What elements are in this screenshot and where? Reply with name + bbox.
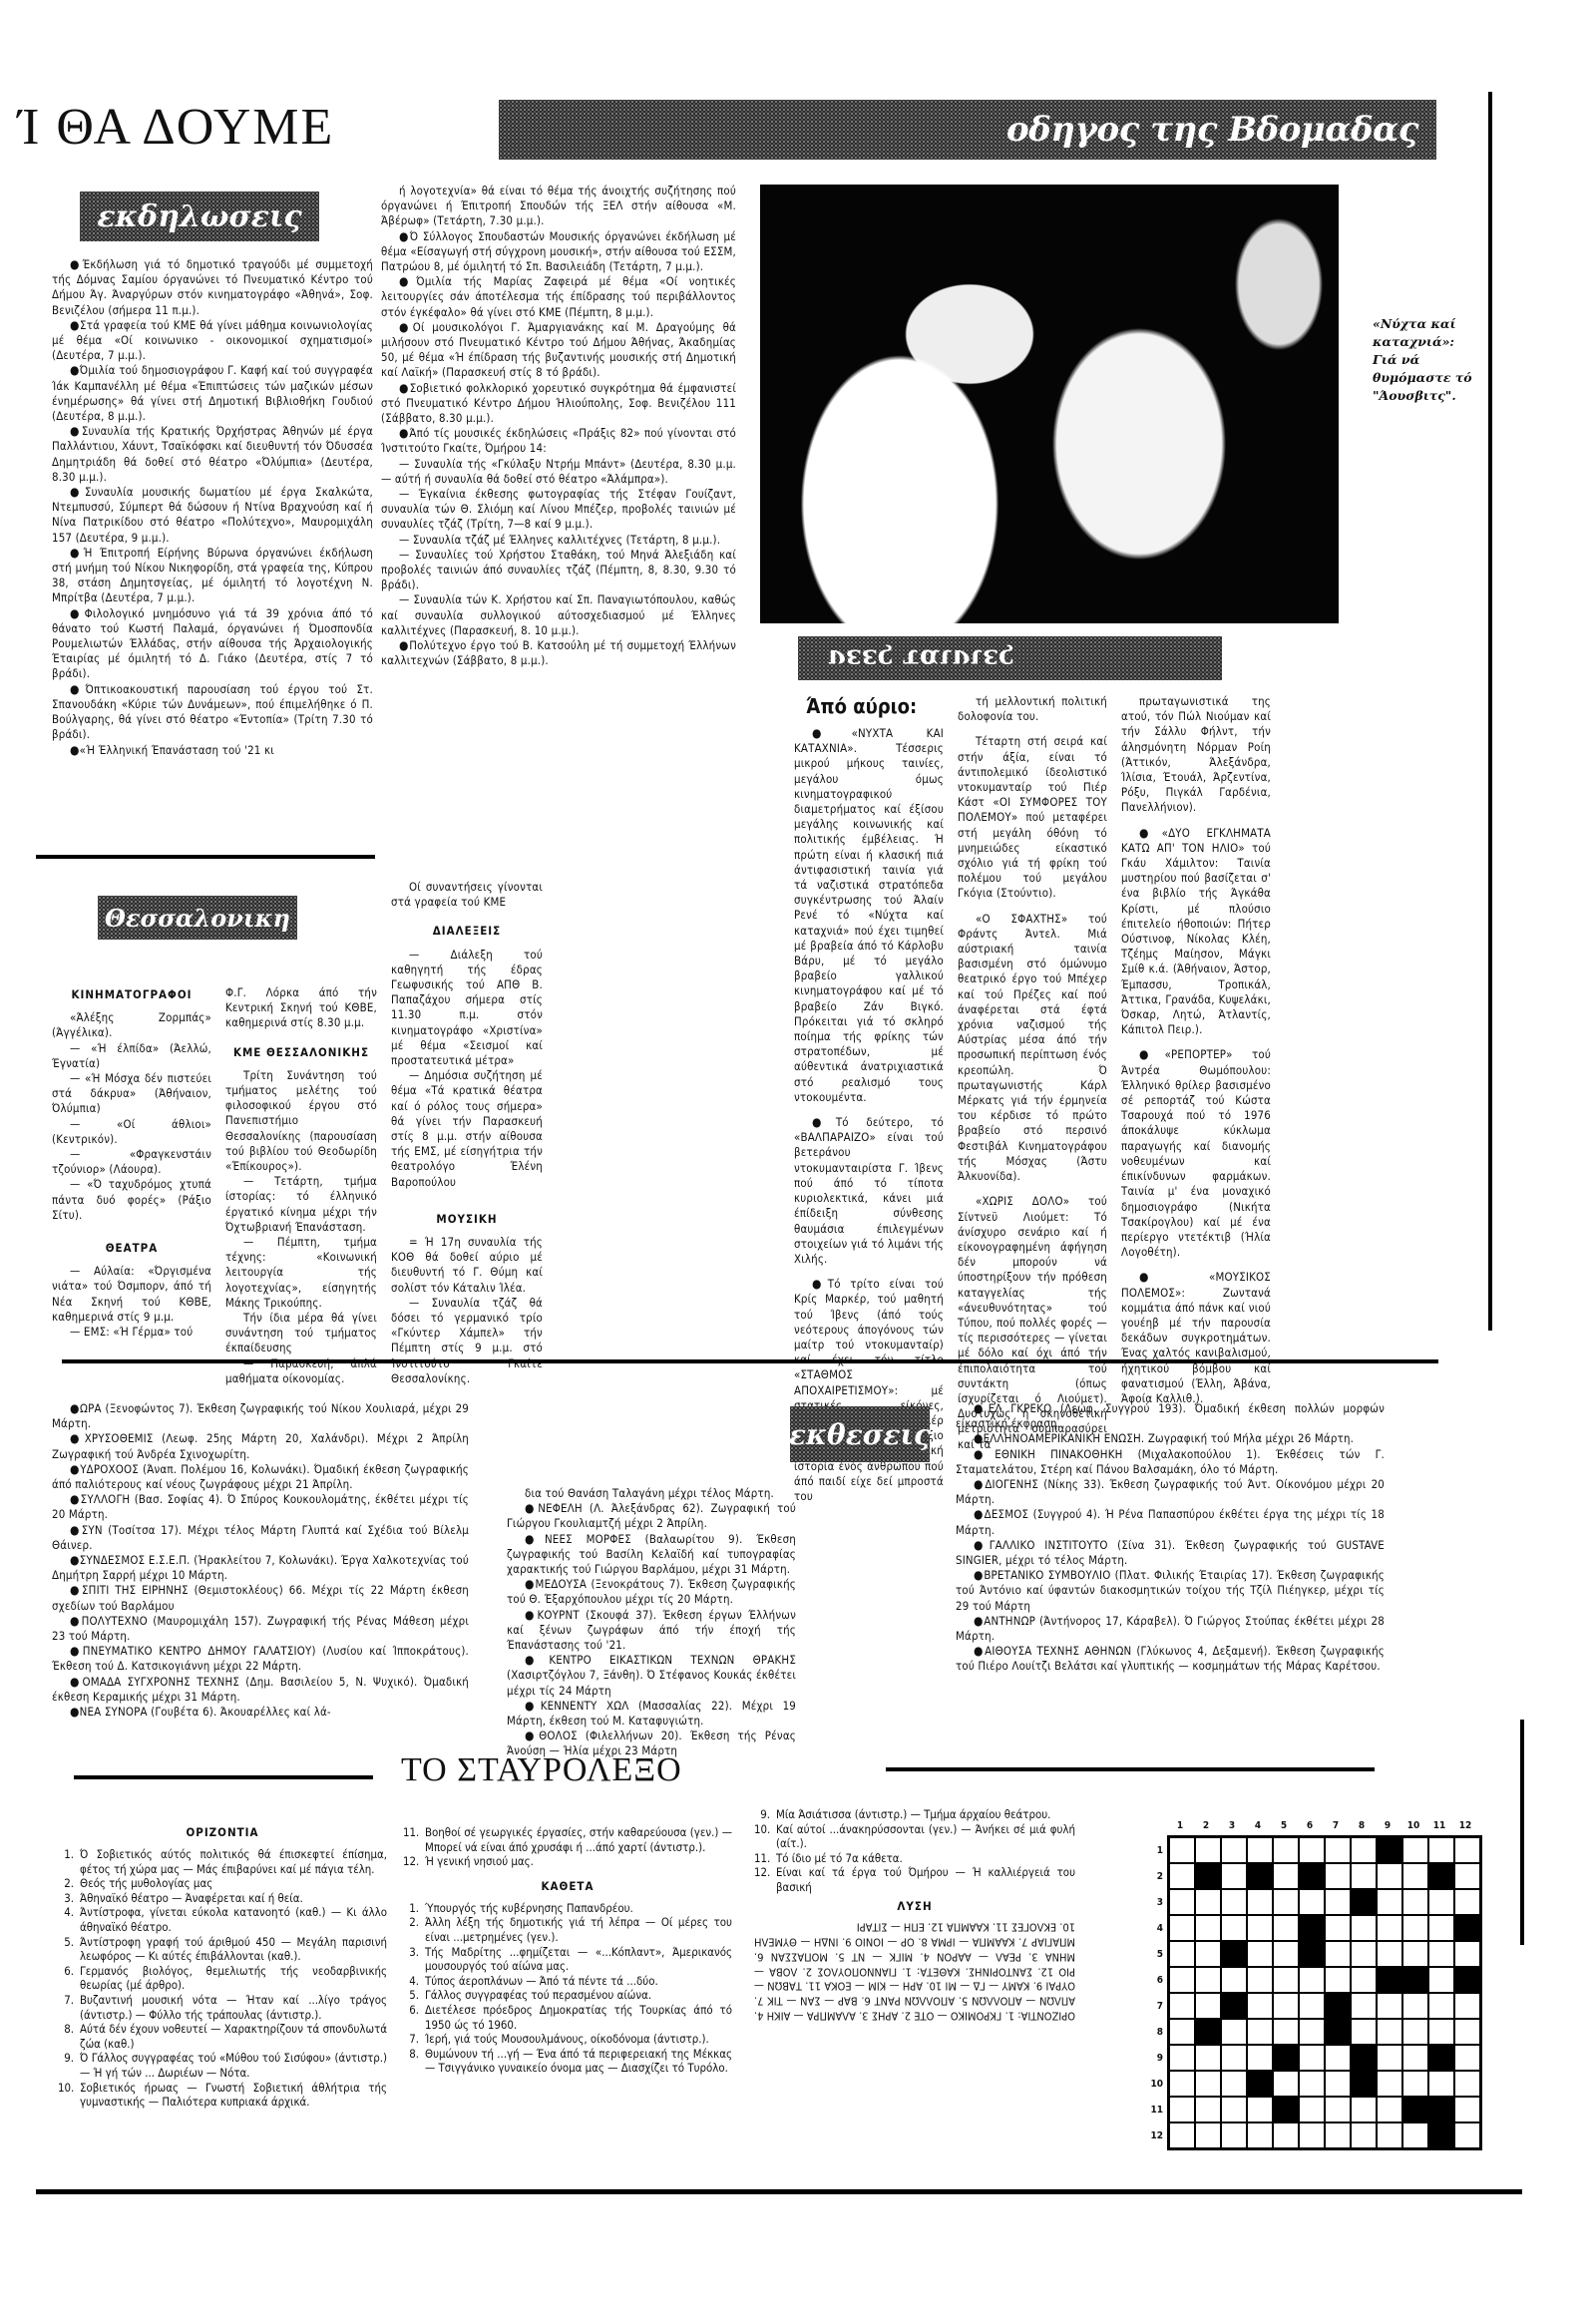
grid-cell[interactable] xyxy=(1377,1941,1402,1967)
clue-text: Γάλλος συγγραφέας τού περασμένου αίώνα. xyxy=(425,1988,732,2003)
grid-black-cell xyxy=(1273,2097,1299,2122)
grid-cell[interactable] xyxy=(1169,1889,1195,1915)
film-photo xyxy=(760,185,1339,623)
grid-row-number: 2 xyxy=(1145,1871,1163,1882)
crossword-solution: ΟΡΙΖΟΝΤΙΑ: 1. ΓΚΡΟΜΙΚΟ — ΟΤΕ 2. ΑΡΗΣ 3. … xyxy=(754,1919,1075,2023)
grid-cell[interactable] xyxy=(1247,2122,1273,2148)
film-review: «Ο ΣΦΑΧΤΗΣ» τού Φράντς Άντελ. Μιά αύστρι… xyxy=(958,912,1107,1185)
film-review: πρωταγωνιστικά της ατού, τόν Πώλ Νιούμαν… xyxy=(1121,694,1271,816)
exhibition-item: ΧΡΥΣΟΘΕΜΙΣ (Λεωφ. 25ης Μάρτη 20, Χαλάνδρ… xyxy=(52,1431,469,1461)
event-item: Σοβιετικό φολκλορικό χορευτικό συγκρότημ… xyxy=(381,381,736,427)
grid-cell[interactable] xyxy=(1221,2019,1247,2045)
grid-cell[interactable] xyxy=(1299,1889,1325,1915)
grid-cell[interactable] xyxy=(1169,1941,1195,1967)
grid-cell[interactable] xyxy=(1299,2045,1325,2071)
grid-column-number: 7 xyxy=(1323,1820,1349,1831)
clue-text: Βυζαντινή μουσική νότα — Ήταν καί ...λίγ… xyxy=(80,1993,387,2022)
grid-column-number: 9 xyxy=(1375,1820,1400,1831)
grid-cell[interactable] xyxy=(1377,1863,1402,1889)
crossword-puzzle: 123456789101112 123456789101112 xyxy=(1145,1820,1482,2150)
crossword-clue: 9.Ό Γάλλος συγγραφέας τού «Μύθου τού Σισ… xyxy=(58,2051,387,2080)
grid-cell[interactable] xyxy=(1247,1889,1273,1915)
grid-cell[interactable] xyxy=(1454,1863,1480,1889)
grid-cell[interactable] xyxy=(1402,1863,1428,1889)
grid-cell[interactable] xyxy=(1195,1993,1221,2019)
event-item: — Συναυλία τής «Γκύλαξυ Ντρήμ Μπάντ» (Δε… xyxy=(381,457,736,487)
events-heading: εκδηλωσεις xyxy=(80,192,319,241)
grid-cell[interactable] xyxy=(1195,2097,1221,2122)
grid-black-cell xyxy=(1299,1863,1325,1889)
crossword-down: 11.Βοηθοί σέ γεωργικές έργασίες, στήν κα… xyxy=(403,1825,732,2076)
clue-number: 8. xyxy=(58,2022,80,2051)
grid-cell[interactable] xyxy=(1402,1993,1428,2019)
grid-row-number: 1 xyxy=(1145,1845,1163,1856)
grid-cell[interactable] xyxy=(1247,1941,1273,1967)
crossword-clue: 6.Γερμανός βιολόγος, θεμελιωτής τής νεοδ… xyxy=(58,1964,387,1993)
crossword-clue: 1.Ύπουργός τής κυβέρνησης Παπανδρέου. xyxy=(403,1901,732,1916)
grid-column-number: 2 xyxy=(1193,1820,1219,1831)
grid-column-number: 12 xyxy=(1452,1820,1478,1831)
crossword-down-cont: 9.Μία Άσιάτισσα (άντιστρ.) — Τμήμα άρχαί… xyxy=(754,1807,1075,2022)
grid-cell[interactable] xyxy=(1351,1837,1377,1863)
grid-cell[interactable] xyxy=(1299,1967,1325,1993)
banner-title: οδηγος της Βδομαδας xyxy=(1006,110,1418,150)
theatre-listing: — Αύλαία: «Όργισμένα νιάτα» τού Όσμπορν,… xyxy=(52,1264,211,1325)
kme-listing: Τρίτη Συνάντηση τού τμήματος μελέτης τού… xyxy=(225,1068,377,1174)
exhibition-item: ΕΛ ΓΚΡΕΚΟ (Λεωφ. Συγγρού 193). Όμαδική έ… xyxy=(956,1401,1385,1431)
clue-number: 1. xyxy=(403,1901,425,1916)
clue-number: 7. xyxy=(58,1993,80,2022)
crossword-clue: 2.Θεός τής μυθολογίας μας xyxy=(58,1876,387,1891)
grid-cell[interactable] xyxy=(1247,1837,1273,1863)
film-review: Τό τρίτο είναι τού Κρίς Μαρκέρ, τού μαθη… xyxy=(794,1277,944,1504)
grid-cell[interactable] xyxy=(1273,1889,1299,1915)
crossword-clue: 6.Διετέλεσε πρόεδρος Δημοκρατίας τής Του… xyxy=(403,2003,732,2032)
exhibition-item: ΑΙΘΟΥΣΑ ΤΕΧΝΗΣ ΑΘΗΝΩΝ (Γλύκωνος 4, Δεξαμ… xyxy=(956,1644,1385,1674)
crossword-clue: 1.Ό Σοβιετικός αύτός πολιτικός θά έπισκε… xyxy=(58,1847,387,1876)
grid-cell[interactable] xyxy=(1428,1967,1454,1993)
grid-cell[interactable] xyxy=(1169,2071,1195,2097)
grid-black-cell xyxy=(1195,2019,1221,2045)
grid-cell[interactable] xyxy=(1221,2045,1247,2071)
crossword-clue: 10.Σοβιετικός ήρωας — Γνωστή Σοβιετική ά… xyxy=(58,2081,387,2110)
crossword-title-rule-right xyxy=(886,1767,1375,1771)
grid-column-number: 4 xyxy=(1245,1820,1271,1831)
lecture-listing: — Δημόσια συζήτηση μέ θέμα «Τά κρατικά θ… xyxy=(391,1068,543,1190)
page-bottom-rule xyxy=(36,2189,1522,2194)
grid-cell[interactable] xyxy=(1377,1915,1402,1941)
grid-cell[interactable] xyxy=(1299,1993,1325,2019)
grid-black-cell xyxy=(1428,1863,1454,1889)
grid-cell[interactable] xyxy=(1273,2019,1299,2045)
grid-cell[interactable] xyxy=(1325,1837,1351,1863)
grid-cell[interactable] xyxy=(1221,1889,1247,1915)
grid-cell[interactable] xyxy=(1169,2122,1195,2148)
grid-cell[interactable] xyxy=(1195,1915,1221,1941)
grid-cell[interactable] xyxy=(1273,1967,1299,1993)
clue-number: 2. xyxy=(403,1915,425,1944)
grid-cell[interactable] xyxy=(1325,1941,1351,1967)
exhibition-item: ΚΕΝΝΕΝΤΥ ΧΩΛ (Μασσαλίας 22). Μέχρι 19 Μά… xyxy=(507,1699,796,1729)
exhibition-item: ΕΛΛΗΝΟΑΜΕΡΙΚΑΝΙΚΗ ΕΝΩΣΗ. Ζωγραφική τού Μ… xyxy=(956,1431,1385,1446)
event-item: Όμιλία τής Μαρίας Ζαφειρά μέ θέμα «Οί νο… xyxy=(381,274,736,320)
clue-number: 4. xyxy=(58,1905,80,1934)
crossword-clue: 7.Βυζαντινή μουσική νότα — Ήταν καί ...λ… xyxy=(58,1993,387,2022)
grid-cell[interactable] xyxy=(1428,1941,1454,1967)
grid-cell[interactable] xyxy=(1169,2019,1195,2045)
grid-cell[interactable] xyxy=(1273,1863,1299,1889)
grid-cell[interactable] xyxy=(1351,1915,1377,1941)
grid-cell[interactable] xyxy=(1195,2045,1221,2071)
grid-black-cell xyxy=(1221,1941,1247,1967)
film-review: «ΜΟΥΣΙΚΟΣ ΠΟΛΕΜΟΣ»: Ζωντανά κομμάτια άπό… xyxy=(1121,1270,1271,1406)
grid-cell[interactable] xyxy=(1273,1837,1299,1863)
event-item: Συναυλία μουσικής δωματίου μέ έργα Σκαλκ… xyxy=(52,485,373,546)
right-column-rule xyxy=(1488,92,1492,1331)
crossword-title: ΤΟ ΣΤΑΥΡΟΛΕΞΟ xyxy=(401,1751,682,1789)
grid-row-number: 9 xyxy=(1145,2053,1163,2064)
grid-cell[interactable] xyxy=(1454,1941,1480,1967)
grid-cell[interactable] xyxy=(1273,1941,1299,1967)
grid-cell[interactable] xyxy=(1273,1915,1299,1941)
grid-black-cell xyxy=(1377,1967,1402,1993)
grid-row-number: 5 xyxy=(1145,1949,1163,1960)
kme-listing: Τήν ίδια μέρα θά γίνει συνάντηση τού τμή… xyxy=(225,1311,377,1356)
grid-cell[interactable] xyxy=(1377,2071,1402,2097)
exhibition-item: ΥΔΡΟΧΟΟΣ (Άναπ. Πολέμου 16, Κολωνάκι). Ό… xyxy=(52,1462,469,1492)
grid-cell[interactable] xyxy=(1273,2122,1299,2148)
grid-cell[interactable] xyxy=(1169,1993,1195,2019)
grid-cell[interactable] xyxy=(1377,1993,1402,2019)
event-item: Στά γραφεία τού ΚΜΕ θά γίνει μάθημα κοιν… xyxy=(52,318,373,364)
grid-cell[interactable] xyxy=(1351,1993,1377,2019)
grid-cell[interactable] xyxy=(1325,1863,1351,1889)
grid-row-number: 4 xyxy=(1145,1923,1163,1934)
grid-cell[interactable] xyxy=(1428,1837,1454,1863)
exhibitions-heading: εκθεσεις xyxy=(790,1406,930,1462)
grid-column-number: 3 xyxy=(1219,1820,1245,1831)
cinema-listing: «Άλέξης Ζορμπάς» (Άγγέλικα). xyxy=(52,1010,211,1040)
exhibition-item: ΣΥΝΔΕΣΜΟΣ Ε.Σ.Ε.Π. (Ήρακλείτου 7, Κολωνά… xyxy=(52,1553,469,1583)
clue-text: Ή γενική νησιού μας. xyxy=(425,1854,732,1869)
exhibition-item: ΣΥΝ (Τοσίτσα 17). Μέχρι τέλος Μάρτη Γλυπ… xyxy=(52,1523,469,1553)
grid-black-cell xyxy=(1351,2071,1377,2097)
grid-cell[interactable] xyxy=(1428,2071,1454,2097)
grid-cell[interactable] xyxy=(1221,1863,1247,1889)
grid-cell[interactable] xyxy=(1299,2019,1325,2045)
exhibition-item: ΒΡΕΤΑΝΙΚΟ ΣΥΜΒΟΥΛΙΟ (Πλατ. Φιλικής Έταιρ… xyxy=(956,1568,1385,1614)
crossword-clue: 3.Τής Μαδρίτης ...φημίζεται — «...Κόπλαν… xyxy=(403,1945,732,1974)
lecture-listing: — Διάλεξη τού καθηγητή τής έδρας Γεωφυσι… xyxy=(391,948,543,1069)
weekly-guide-banner: οδηγος της Βδομαδας xyxy=(499,100,1436,160)
grid-cell[interactable] xyxy=(1402,1889,1428,1915)
crossword-clue: 10.Καί αύτοί ...άνακηρύσσονται (γεν.) — … xyxy=(754,1822,1075,1851)
grid-cell[interactable] xyxy=(1195,1837,1221,1863)
grid-cell[interactable] xyxy=(1195,2122,1221,2148)
grid-cell[interactable] xyxy=(1195,1889,1221,1915)
grid-black-cell xyxy=(1402,1967,1428,1993)
grid-cell[interactable] xyxy=(1169,1967,1195,1993)
grid-cell[interactable] xyxy=(1402,2045,1428,2071)
grid-cell[interactable] xyxy=(1402,2071,1428,2097)
clue-number: 1. xyxy=(58,1847,80,1876)
grid-cell[interactable] xyxy=(1247,2097,1273,2122)
music-listing: = Ή 17η συναυλία τής ΚΟΘ θά δοθεί αύριο … xyxy=(391,1235,543,1296)
grid-black-cell xyxy=(1195,1863,1221,1889)
clue-text: Άντίστροφη γραφή τού άριθμού 450 — Μεγάλ… xyxy=(80,1935,387,1964)
cinema-listing: — «Ή έλπίδα» (Άελλώ, Έγνατία) xyxy=(52,1041,211,1071)
grid-cell[interactable] xyxy=(1428,1993,1454,2019)
events-heading-text: εκδηλωσεις xyxy=(97,199,301,234)
grid-cell[interactable] xyxy=(1221,2071,1247,2097)
grid-row-number: 10 xyxy=(1145,2079,1163,2090)
thessaloniki-heading-text: Θεσσαλονικη xyxy=(105,904,290,933)
clue-number: 3. xyxy=(58,1891,80,1906)
exhibition-item: ΚΟΥΡΝΤ (Σκουφά 37). Έκθεση έργων Έλλήνων… xyxy=(507,1608,796,1654)
grid-cell[interactable] xyxy=(1273,2071,1299,2097)
cinemas-heading: ΚΙΝΗΜΑΤΟΓΡΑΦΟΙ xyxy=(52,987,211,1002)
film-review: «ΝΥΧΤΑ ΚΑΙ ΚΑΤΑΧΝΙΑ». Τέσσερις μικρού μή… xyxy=(794,726,944,1105)
clue-text: Θεός τής μυθολογίας μας xyxy=(80,1876,387,1891)
clue-text: Μία Άσιάτισσα (άντιστρ.) — Τμήμα άρχαίου… xyxy=(776,1807,1075,1822)
clue-number: 6. xyxy=(403,2003,425,2032)
grid-cell[interactable] xyxy=(1221,2122,1247,2148)
grid-cell[interactable] xyxy=(1325,2045,1351,2071)
exhibitions-heading-text: εκθεσεις xyxy=(789,1418,931,1451)
crossword-clue: 9.Μία Άσιάτισσα (άντιστρ.) — Τμήμα άρχαί… xyxy=(754,1807,1075,1822)
crossword-clue: 5.Άντίστροφη γραφή τού άριθμού 450 — Μεγ… xyxy=(58,1935,387,1964)
clue-text: Τής Μαδρίτης ...φημίζεται — «...Κόπλαντ»… xyxy=(425,1945,732,1974)
grid-black-cell xyxy=(1428,2045,1454,2071)
grid-cell[interactable] xyxy=(1454,1837,1480,1863)
grid-cell[interactable] xyxy=(1454,2045,1480,2071)
grid-cell[interactable] xyxy=(1325,1967,1351,1993)
clue-text: Ίερή, γιά τούς Μουσουλμάνους, οίκοδόνομα… xyxy=(425,2032,732,2047)
film-review: Τό δεύτερο, τό «ΒΑΛΠΑΡΑΙΖΟ» είναι τού βε… xyxy=(794,1115,944,1267)
theatres-heading: ΘΕΑΤΡΑ xyxy=(52,1241,211,1256)
grid-cell[interactable] xyxy=(1454,2122,1480,2148)
crossword-clue: 11.Βοηθοί σέ γεωργικές έργασίες, στήν κα… xyxy=(403,1825,732,1854)
grid-cell[interactable] xyxy=(1454,1889,1480,1915)
crossword-clue: 11.Τό ίδιο μέ τό 7α κάθετα. xyxy=(754,1851,1075,1866)
new-films-column-3: πρωταγωνιστικά της ατού, τόν Πώλ Νιούμαν… xyxy=(1121,694,1271,1406)
grid-cell[interactable] xyxy=(1195,1967,1221,1993)
grid-black-cell xyxy=(1221,1993,1247,2019)
grid-column-number: 11 xyxy=(1426,1820,1452,1831)
grid-cell[interactable] xyxy=(1351,2122,1377,2148)
grid-black-cell xyxy=(1428,2097,1454,2122)
grid-cell[interactable] xyxy=(1247,2045,1273,2071)
grid-cell[interactable] xyxy=(1428,1889,1454,1915)
grid-cell[interactable] xyxy=(1351,1941,1377,1967)
grid-cell[interactable] xyxy=(1402,2019,1428,2045)
grid-cell[interactable] xyxy=(1299,2122,1325,2148)
clue-text: Γερμανός βιολόγος, θεμελιωτής τής νεοδαρ… xyxy=(80,1964,387,1993)
grid-cell[interactable] xyxy=(1454,2071,1480,2097)
grid-cell[interactable] xyxy=(1377,1889,1402,1915)
grid-cell[interactable] xyxy=(1377,2097,1402,2122)
kme-listing: — Τετάρτη, τμήμα ίστορίας: τό έλληνικό έ… xyxy=(225,1174,377,1235)
grid-black-cell xyxy=(1325,1993,1351,2019)
crossword-title-rule-left xyxy=(74,1775,373,1779)
cinema-listing: — «Ό ταχυδρόμος χτυπά πάντα δυό φορές» (… xyxy=(52,1177,211,1223)
clue-text: Τύπος άεροπλάνων — Άπό τά πέντε τά ...δύ… xyxy=(425,1974,732,1989)
grid-row-number: 7 xyxy=(1145,2001,1163,2012)
crossword-clue: 5.Γάλλος συγγραφέας τού περασμένου αίώνα… xyxy=(403,1988,732,2003)
crossword-clue: 3.Άθηναϊκό θέατρο — Άναφέρεται καί ή θεί… xyxy=(58,1891,387,1906)
grid-cell[interactable] xyxy=(1325,1915,1351,1941)
clue-number: 10. xyxy=(754,1822,776,1851)
kme-listing: — Πέμπτη, τμήμα τέχνης: «Κοινωνική λειτο… xyxy=(225,1235,377,1311)
grid-black-cell xyxy=(1299,1915,1325,1941)
thessaloniki-heading: Θεσσαλονικη xyxy=(98,896,297,940)
clue-text: Ύπουργός τής κυβέρνησης Παπανδρέου. xyxy=(425,1901,732,1916)
exhibition-item: ΣΥΛΛΟΓΗ (Βασ. Σοφίας 4). Ό Σπύρος Κουκου… xyxy=(52,1492,469,1522)
grid-cell[interactable] xyxy=(1169,2045,1195,2071)
grid-column-numbers: 123456789101112 xyxy=(1167,1820,1482,1831)
clue-text: Διετέλεσε πρόεδρος Δημοκρατίας τής Τουρκ… xyxy=(425,2003,732,2032)
grid-cell[interactable] xyxy=(1402,2122,1428,2148)
grid-row-numbers: 123456789101112 xyxy=(1145,1837,1163,2150)
grid-cell[interactable] xyxy=(1299,2071,1325,2097)
grid-row-number: 8 xyxy=(1145,2027,1163,2038)
grid-cell[interactable] xyxy=(1299,2097,1325,2122)
grid-cell[interactable] xyxy=(1428,2019,1454,2045)
grid-black-cell xyxy=(1454,1967,1480,1993)
down-heading: ΚΑΘΕΤΑ xyxy=(403,1879,732,1893)
new-films-column-1: «ΝΥΧΤΑ ΚΑΙ ΚΑΤΑΧΝΙΑ». Τέσσερις μικρού μή… xyxy=(794,726,944,1504)
crossword-clue: 12.Είναι καί τά έργα τού Όμήρου — Ή καλλ… xyxy=(754,1865,1075,1894)
exhibition-item: ΠΟΛΥΤΕΧΝΟ (Μαυρομιχάλη 157). Ζωγραφική τ… xyxy=(52,1614,469,1644)
grid-cell[interactable] xyxy=(1273,1993,1299,2019)
grid-cell[interactable] xyxy=(1351,1863,1377,1889)
grid-cell[interactable] xyxy=(1169,1837,1195,1863)
solution-heading: ΛΥΣΗ xyxy=(754,1899,1075,1913)
event-item: Φιλολογικό μνημόσυνο γιά τά 39 χρόνια άπ… xyxy=(52,606,373,682)
grid-row-number: 3 xyxy=(1145,1897,1163,1908)
clue-text: Άντίστροφα, γίνεται εύκολα κατανοητό (κα… xyxy=(80,1905,387,1934)
cinema-listing: — «Οί άθλιοι» (Κεντρικόν). xyxy=(52,1117,211,1147)
clue-text: Βοηθοί σέ γεωργικές έργασίες, στήν καθαρ… xyxy=(425,1825,732,1854)
film-review: τή μελλοντική πολιτική δολοφονία του. xyxy=(958,694,1107,724)
exhibition-item: ΓΑΛΛΙΚΟ ΙΝΣΤΙΤΟΥΤΟ (Σίνα 31). Έκθεση ζωγ… xyxy=(956,1538,1385,1568)
crossword-clue: 4.Άντίστροφα, γίνεται εύκολα κατανοητό (… xyxy=(58,1905,387,1934)
clue-text: Σοβιετικός ήρωας — Γνωστή Σοβιετική άθλή… xyxy=(80,2081,387,2110)
grid-cell[interactable] xyxy=(1351,2097,1377,2122)
section-divider xyxy=(36,855,375,859)
grid-cell[interactable] xyxy=(1325,2122,1351,2148)
clue-number: 12. xyxy=(754,1865,776,1894)
grid-cell[interactable] xyxy=(1195,1941,1221,1967)
exhibition-item: ΝΕΑ ΣΥΝΟΡΑ (Γουβέτα 6). Άκουαρέλλες καί … xyxy=(52,1705,469,1720)
exhibitions-column-2: δια τού Θανάση Ταλαγάνη μέχρι τέλος Μάρτ… xyxy=(507,1486,796,1759)
crossword-clue: 7.Ίερή, γιά τούς Μουσουλμάνους, οίκοδόνο… xyxy=(403,2032,732,2047)
grid-row-number: 6 xyxy=(1145,1975,1163,1986)
grid-cell[interactable] xyxy=(1247,1993,1273,2019)
grid-cell[interactable] xyxy=(1195,2071,1221,2097)
grid-cell[interactable] xyxy=(1325,2071,1351,2097)
event-item: Όπτικοακουστική παρουσίαση τού έργου τού… xyxy=(52,682,373,743)
grid-cell[interactable] xyxy=(1325,2097,1351,2122)
film-review: «ΔΥΟ ΕΓΚΛΗΜΑΤΑ ΚΑΤΩ ΑΠ' ΤΟΝ ΗΛΙΟ» τού Γκ… xyxy=(1121,826,1271,1038)
thessaloniki-column-2: Φ.Γ. Λόρκα άπό τήν Κεντρική Σκηνή τού ΚΘ… xyxy=(225,985,377,1386)
clue-number: 12. xyxy=(403,1854,425,1869)
exhibition-item: ΠΝΕΥΜΑΤΙΚΟ ΚΕΝΤΡΟ ΔΗΜΟΥ ΓΑΛΑΤΣΙΟΥ) (Λυσί… xyxy=(52,1644,469,1674)
clue-text: Ό Γάλλος συγγραφέας τού «Μύθου τού Σισύφ… xyxy=(80,2051,387,2080)
event-item: «Ή Έλληνική Έπανάσταση τού '21 κι xyxy=(52,743,373,758)
crossword-clue: 8.Αύτά δέν έχουν νοθευτεί — Χαρακτηρίζου… xyxy=(58,2022,387,2051)
clue-number: 11. xyxy=(403,1825,425,1854)
grid-cell[interactable] xyxy=(1351,2019,1377,2045)
exhibition-item: ΝΕΕΣ ΜΟΡΦΕΣ (Βαλαωρίτου 9). Έκθεση ζωγρα… xyxy=(507,1532,796,1578)
grid-cell[interactable] xyxy=(1169,1863,1195,1889)
clue-text: Καί αύτοί ...άνακηρύσσονται (γεν.) — Άνή… xyxy=(776,1822,1075,1851)
grid-column-number: 10 xyxy=(1400,1820,1426,1831)
crossword-clue: 2.Άλλη λέξη τής δημοτικής γιά τή λέπρα —… xyxy=(403,1915,732,1944)
grid-cell[interactable] xyxy=(1377,2019,1402,2045)
grid-black-cell xyxy=(1325,2019,1351,2045)
grid-column-number: 8 xyxy=(1349,1820,1375,1831)
grid-cell[interactable] xyxy=(1377,2122,1402,2148)
grid-cell[interactable] xyxy=(1351,1967,1377,1993)
grid-cell[interactable] xyxy=(1221,1915,1247,1941)
grid-column-number: 6 xyxy=(1297,1820,1323,1831)
grid-black-cell xyxy=(1247,2071,1273,2097)
grid-cell[interactable] xyxy=(1247,1967,1273,1993)
grid-cell[interactable] xyxy=(1377,2045,1402,2071)
grid-cell[interactable] xyxy=(1221,1967,1247,1993)
grid-cell[interactable] xyxy=(1402,1837,1428,1863)
grid-cell[interactable] xyxy=(1454,2097,1480,2122)
grid-cell[interactable] xyxy=(1247,1915,1273,1941)
clue-text: Ό Σοβιετικός αύτός πολιτικός θά έπισκεφτ… xyxy=(80,1847,387,1876)
clue-text: Είναι καί τά έργα τού Όμήρου — Ή καλλιέρ… xyxy=(776,1865,1075,1894)
exhibition-item: ΣΠΙΤΙ ΤΗΣ ΕΙΡΗΝΗΣ (Θεμιστοκλέους) 66. Μέ… xyxy=(52,1583,469,1613)
clue-number: 5. xyxy=(58,1935,80,1964)
grid-cell[interactable] xyxy=(1402,1915,1428,1941)
new-films-subheading: Άπό αύριο: xyxy=(806,694,917,718)
new-films-heading-text: νεες ταινιες xyxy=(828,643,1014,673)
crossword-clue: 8.Θυμώνουν τή ...γή — Ένα άπό τά περιφερ… xyxy=(403,2047,732,2076)
grid-cell[interactable] xyxy=(1221,1837,1247,1863)
exhibition-item: δια τού Θανάση Ταλαγάνη μέχρι τέλος Μάρτ… xyxy=(507,1486,796,1501)
crossword-frame-right xyxy=(1520,1720,1524,1945)
grid-cell[interactable] xyxy=(1169,1915,1195,1941)
grid-column-number: 1 xyxy=(1167,1820,1193,1831)
exhibition-item: ΚΕΝΤΡΟ ΕΙΚΑΣΤΙΚΩΝ ΤΕΧΝΩΝ ΘΡΑΚΗΣ (Χασιρτζ… xyxy=(507,1653,796,1699)
event-item: Όμιλία τού δημοσιογράφου Γ. Καφή καί τού… xyxy=(52,363,373,424)
grid-cell[interactable] xyxy=(1428,1915,1454,1941)
grid-black-cell xyxy=(1377,1837,1402,1863)
grid-cell[interactable] xyxy=(1247,2019,1273,2045)
exhibition-item: ΔΕΣΜΟΣ (Συγγρού 4). Ή Ρένα Παπασπύρου έκ… xyxy=(956,1507,1385,1537)
grid-cell[interactable] xyxy=(1454,2019,1480,2045)
grid-cell[interactable] xyxy=(1299,1837,1325,1863)
grid-cell[interactable] xyxy=(1402,1941,1428,1967)
grid-row-number: 11 xyxy=(1145,2105,1163,2116)
clue-number: 9. xyxy=(58,2051,80,2080)
grid-black-cell xyxy=(1299,1941,1325,1967)
clue-number: 5. xyxy=(403,1988,425,2003)
grid-cell[interactable] xyxy=(1454,1993,1480,2019)
grid-cell[interactable] xyxy=(1221,2097,1247,2122)
event-item: — Συναυλία τζάζ μέ Έλληνες καλλιτέχνες (… xyxy=(381,533,736,548)
grid-black-cell xyxy=(1454,1915,1480,1941)
grid-cell[interactable] xyxy=(1325,1889,1351,1915)
event-item: Ή Έπιτροπή Είρήνης Βύρωνα όργανώνει έκδή… xyxy=(52,546,373,606)
grid-cell[interactable] xyxy=(1169,2097,1195,2122)
thessaloniki-column-1: ΚΙΝΗΜΑΤΟΓΡΑΦΟΙ «Άλέξης Ζορμπάς» (Άγγέλικ… xyxy=(52,977,211,1340)
